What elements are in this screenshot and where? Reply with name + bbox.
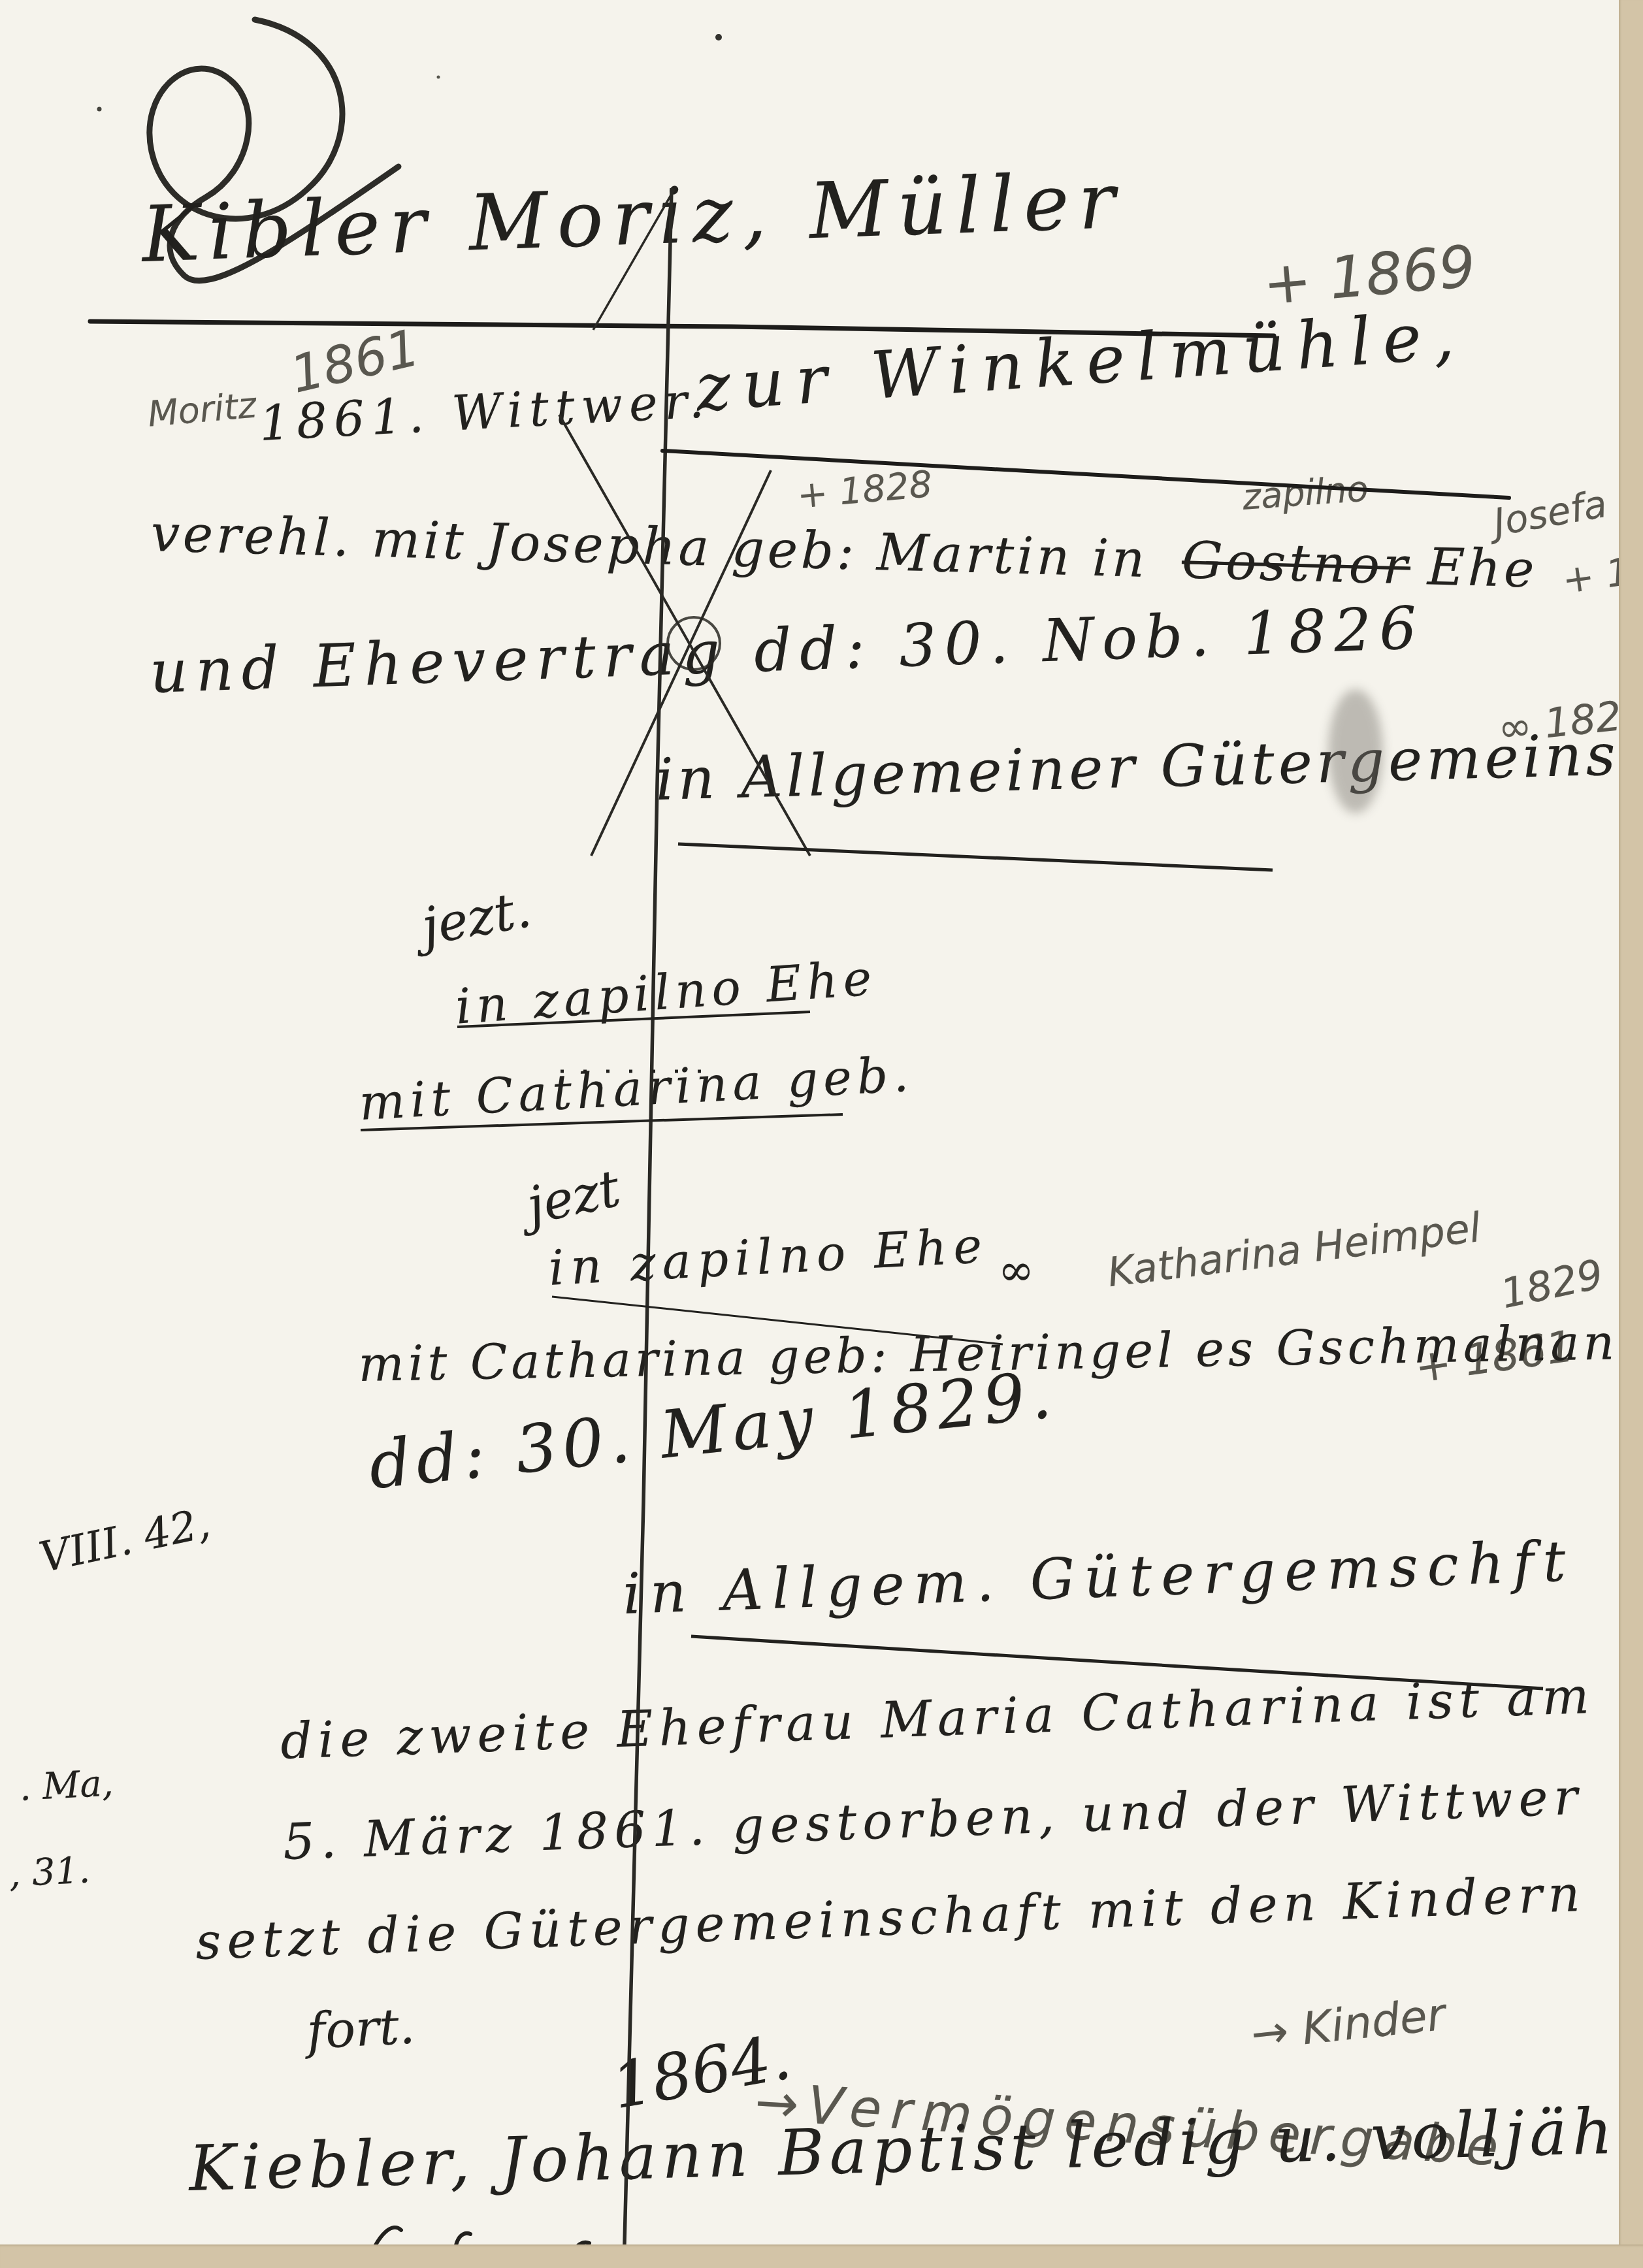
line-josepha-marriage: verehl. mit Josepha geb: Martin inGostno… [150,508,1538,596]
death-paragraph-line-2: 5. März 1861. gestorben, und der Wittwer [282,1772,1584,1866]
line-winkelmuehle: zur Winkelmühle, [694,302,1468,421]
guetergemeinschaft-underline-1 [678,844,1273,870]
struck-line-zapilno: in zapilno Ehe [454,954,878,1031]
ink-speck-3 [437,76,440,79]
pencil-katharina-birth: 1829 [1497,1254,1606,1314]
pencil-zapilno-top: zapilno [1241,472,1369,515]
pencil-kinder-arrow: → Kinder [1249,1993,1448,2058]
scan-background-bottom [0,2244,1643,2268]
line-jezt-1: jezt. [418,884,535,953]
margin-ref-a: . Ma, [18,1765,114,1806]
death-paragraph-line-4: fort. [306,2001,416,2056]
death-paragraph-line-3: setzt die Gütergemeinschaft mit den Kind… [195,1869,1587,1967]
margin-ref-b: , 31. [8,1852,91,1892]
line-zapilno-2: in zapilno Ehe [547,1222,990,1293]
struck-line-catharina: mit Catharina geb. [358,1050,915,1127]
scan-background-right [1619,0,1643,2268]
line-kiebler-johann: Kiebler, Johann Baptist ledig u. volljäh… [188,2097,1643,2199]
josepha-line-text: verehl. mit Josepha geb: Martin in [150,504,1148,589]
line-ehevertrag-1826: und Ehevertrag dd: 30. Nob. 1826 [149,599,1425,702]
line-guetergemeinschaft-1: in Allgemeiner Gütergemeinschaft [655,722,1643,809]
second-rule-line [662,451,1509,498]
josepha-line-ehe: Ehe [1427,538,1538,599]
line-jezt-2: jezt [523,1163,625,1232]
death-paragraph-line-1: die zweite Ehefrau Maria Catharina ist a… [280,1671,1596,1766]
struck-place-name: Gostnor [1181,531,1411,596]
pencil-moritz-note: Moritz [146,388,257,432]
line-guetergemeinschaft-2: in Allgem. Gütergemschft [622,1533,1576,1623]
margin-file-ref: VIII. 42, [36,1502,214,1579]
ink-speck-1 [715,34,722,40]
vertical-rule-line [624,188,672,2268]
pencil-death-1828: + 1828 [796,466,934,515]
ink-speck-2 [97,107,102,112]
marriage-infinity-sign: ∞ [998,1249,1034,1292]
pencil-katharina-heimpel: Katharina Heimpel [1105,1207,1483,1293]
entry-heading-name: Kibler Moriz, Müller [140,161,1126,272]
scanned-document-page: Kibler Moriz, Müller + 1869 1861 Moritz … [0,0,1643,2268]
